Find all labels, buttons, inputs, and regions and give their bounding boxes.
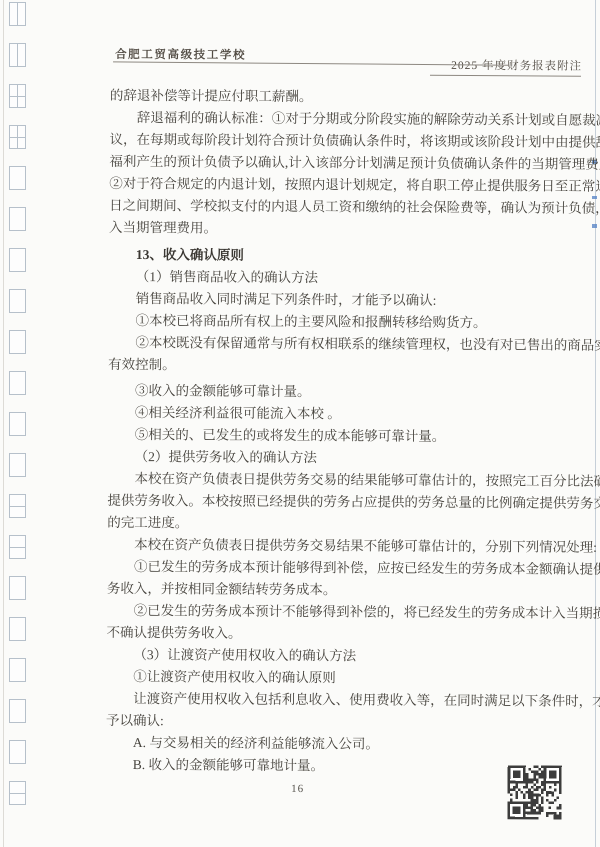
text-line: ①让渡资产使用权收入的确认原则: [106, 666, 584, 691]
text-line: 日之间期间、学校拟支付的内退人员工资和缴纳的社会保险费等，确认为预计负债，计: [109, 195, 587, 220]
page-content: 合肥工贸高级技工学校 2025 年度财务报表附注 的辞退补偿等计提应付职工薪酬。…: [0, 0, 600, 847]
text-line: 辞退福利的确认标准：①对于分期或分阶段实施的解除劳动关系计划或自愿裁减建: [110, 107, 588, 132]
section-heading: 13、收入确认原则: [109, 244, 587, 269]
text-line: 有效控制。: [108, 354, 586, 379]
header-school-name: 合肥工贸高级技工学校: [115, 46, 246, 63]
text-line: ①已发生的劳务成本预计能够得到补偿，应按已经发生的劳务成本金额确认提供劳: [107, 556, 585, 581]
text-line: 本校在资产负债表日提供劳务交易结果不能够可靠估计的，分别下列情况处理:: [107, 534, 585, 559]
text-line: ④相关经济利益很可能流入本校 。: [108, 402, 586, 427]
text-line: 予以确认:: [106, 710, 584, 735]
scanned-document-page: 合肥工贸高级技工学校 2025 年度财务报表附注 的辞退补偿等计提应付职工薪酬。…: [0, 0, 600, 847]
text-line: ⑤相关的、已发生的或将发生的成本能够可靠计量。: [108, 424, 586, 449]
text-line: 提供劳务收入。本校按照已经提供的劳务占应提供的劳务总量的比例确定提供劳务交易: [107, 490, 585, 515]
text-line: 的辞退补偿等计提应付职工薪酬。: [110, 85, 588, 110]
text-line: （1）销售商品收入的确认方法: [109, 266, 587, 291]
text-line: 销售商品收入同时满足下列条件时，才能予以确认:: [109, 288, 587, 313]
text-line: 福利产生的预计负债予以确认,计入该部分计划满足预计负债确认条件的当期管理费用。: [109, 151, 587, 176]
text-line: A. 与交易相关的经济利益能够流入公司。: [106, 732, 584, 757]
text-line: ②对于符合规定的内退计划，按照内退计划规定，将自职工停止提供服务日至正常退休: [109, 173, 587, 198]
text-line: 让渡资产使用权收入包括利息收入、使用费收入等，在同时满足以下条件时，才能: [106, 688, 584, 713]
text-line: 议，在每期或每阶段计划符合预计负债确认条件时，将该期或该阶段计划中由提供辞职: [110, 129, 588, 154]
text-line: （3）让渡资产使用权收入的确认方法: [106, 644, 584, 669]
text-line: 入当期管理费用。: [109, 217, 587, 242]
text-line: 不确认提供劳务收入。: [107, 622, 585, 647]
text-line: ②已发生的劳务成本预计不能够得到补偿的，将已经发生的劳务成本计入当期损益，: [107, 600, 585, 625]
header-rule-right: [430, 75, 581, 77]
text-line: ③收入的金额能够可靠计量。: [108, 380, 586, 405]
text-line: ①本校已将商品所有权上的主要风险和报酬转移给购货方。: [108, 310, 586, 335]
text-line: ②本校既没有保留通常与所有权相联系的继续管理权，也没有对已售出的商品实施: [108, 332, 586, 357]
document-body: 的辞退补偿等计提应付职工薪酬。 辞退福利的确认标准：①对于分期或分阶段实施的解除…: [106, 85, 588, 779]
qr-code: [506, 765, 562, 819]
text-line: 务收入，并按相同金额结转劳务成本。: [107, 578, 585, 603]
text-line: 本校在资产负债表日提供劳务交易的结果能够可靠估计的，按照完工百分比法确认: [107, 468, 585, 493]
text-line: 的完工进度。: [107, 512, 585, 537]
text-line: （2）提供劳务收入的确认方法: [108, 446, 586, 471]
